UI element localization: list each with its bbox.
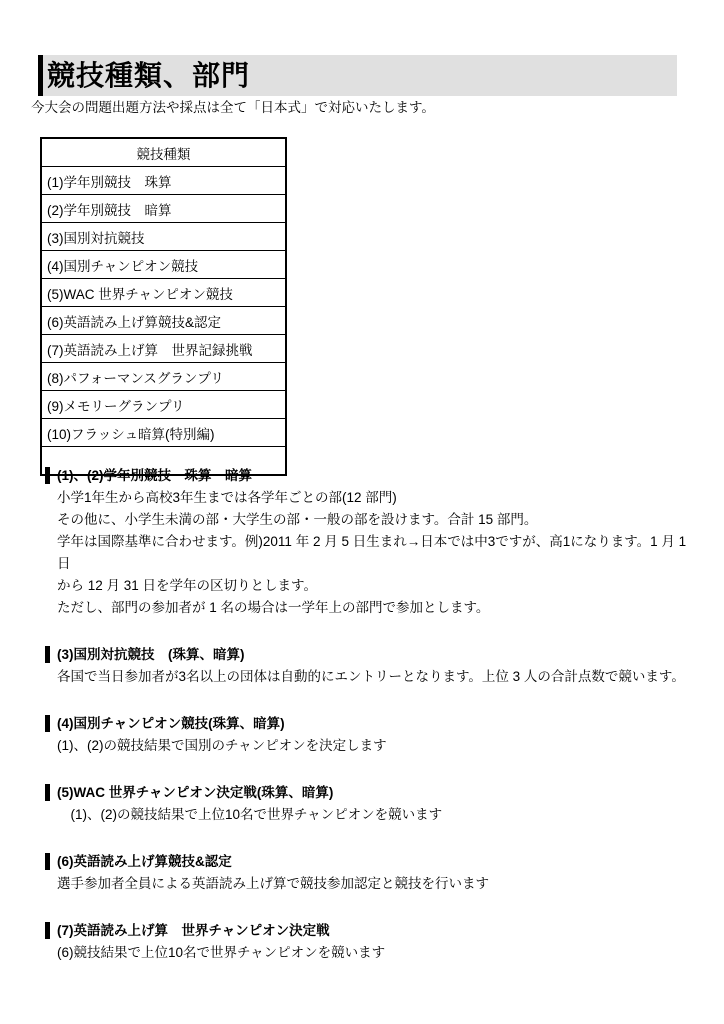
page-subtitle: 今大会の問題出題方法や採点は全て「日本式」で対応いたします。 bbox=[31, 99, 435, 117]
section-heading: (3)国別対抗競技 (珠算、暗算) bbox=[57, 644, 690, 666]
section-wac-world-champion: (5)WAC 世界チャンピオン決定戦(珠算、暗算) (1)、(2)の競技結果で上… bbox=[45, 782, 690, 826]
section-line: 各国で当日参加者が3名以上の団体は自動的にエントリーとなります。上位 3 人の合… bbox=[57, 666, 690, 688]
table-row: (10)フラッシュ暗算(特別編) bbox=[42, 419, 285, 447]
section-marker-bar bbox=[45, 853, 50, 870]
table-row: (2)学年別競技 暗算 bbox=[42, 195, 285, 223]
section-heading: (7)英語読み上げ算 世界チャンピオン決定戦 bbox=[57, 920, 690, 942]
document-page: 競技種類、部門 今大会の問題出題方法や採点は全て「日本式」で対応いたします。 競… bbox=[0, 0, 724, 1024]
section-grade-competition: (1)、(2)学年別競技 珠算 暗算 小学1年生から高校3年生までは各学年ごとの… bbox=[45, 465, 690, 619]
section-line: (1)、(2)の競技結果で国別のチャンピオンを決定します bbox=[57, 735, 690, 757]
section-english-dictation-world: (7)英語読み上げ算 世界チャンピオン決定戦 (6)競技結果で上位10名で世界チ… bbox=[45, 920, 690, 964]
table-row: (6)英語読み上げ算競技&認定 bbox=[42, 307, 285, 335]
table-row: (7)英語読み上げ算 世界記録挑戦 bbox=[42, 335, 285, 363]
section-line: その他に、小学生未満の部・大学生の部・一般の部を設けます。合計 15 部門。 bbox=[57, 509, 690, 531]
section-heading: (1)、(2)学年別競技 珠算 暗算 bbox=[57, 465, 690, 487]
table-header-cell: 競技種類 bbox=[42, 139, 285, 167]
section-marker-bar bbox=[45, 715, 50, 732]
section-line: (6)競技結果で上位10名で世界チャンピオンを競います bbox=[57, 942, 690, 964]
sections-container: (1)、(2)学年別競技 珠算 暗算 小学1年生から高校3年生までは各学年ごとの… bbox=[45, 465, 690, 989]
table-row: (5)WAC 世界チャンピオン競技 bbox=[42, 279, 285, 307]
section-country-champion: (4)国別チャンピオン競技(珠算、暗算) (1)、(2)の競技結果で国別のチャン… bbox=[45, 713, 690, 757]
table-row: (1)学年別競技 珠算 bbox=[42, 167, 285, 195]
section-line: から 12 月 31 日を学年の区切りとします。 bbox=[57, 575, 690, 597]
section-heading: (6)英語読み上げ算競技&認定 bbox=[57, 851, 690, 873]
section-line: (1)、(2)の競技結果で上位10名で世界チャンピオンを競います bbox=[57, 804, 690, 826]
section-country-team: (3)国別対抗競技 (珠算、暗算) 各国で当日参加者が3名以上の団体は自動的にエ… bbox=[45, 644, 690, 688]
page-title-band: 競技種類、部門 bbox=[38, 55, 677, 96]
competition-types-table: 競技種類 (1)学年別競技 珠算 (2)学年別競技 暗算 (3)国別対抗競技 (… bbox=[40, 137, 287, 476]
table-row: (4)国別チャンピオン競技 bbox=[42, 251, 285, 279]
section-english-dictation: (6)英語読み上げ算競技&認定 選手参加者全員による英語読み上げ算で競技参加認定… bbox=[45, 851, 690, 895]
section-line: 小学1年生から高校3年生までは各学年ごとの部(12 部門) bbox=[57, 487, 690, 509]
section-line: 学年は国際基準に合わせます。例)2011 年 2 月 5 日生まれ→日本では中3… bbox=[57, 531, 690, 575]
section-line: 選手参加者全員による英語読み上げ算で競技参加認定と競技を行います bbox=[57, 873, 690, 895]
section-marker-bar bbox=[45, 922, 50, 939]
page-title: 競技種類、部門 bbox=[47, 62, 250, 90]
section-marker-bar bbox=[45, 784, 50, 801]
section-line: ただし、部門の参加者が 1 名の場合は一学年上の部門で参加とします。 bbox=[57, 597, 690, 619]
table-row: (3)国別対抗競技 bbox=[42, 223, 285, 251]
table-row: (9)メモリーグランプリ bbox=[42, 391, 285, 419]
table-row: (8)パフォーマンスグランプリ bbox=[42, 363, 285, 391]
section-marker-bar bbox=[45, 467, 50, 484]
section-heading: (4)国別チャンピオン競技(珠算、暗算) bbox=[57, 713, 690, 735]
section-marker-bar bbox=[45, 646, 50, 663]
section-heading: (5)WAC 世界チャンピオン決定戦(珠算、暗算) bbox=[57, 782, 690, 804]
